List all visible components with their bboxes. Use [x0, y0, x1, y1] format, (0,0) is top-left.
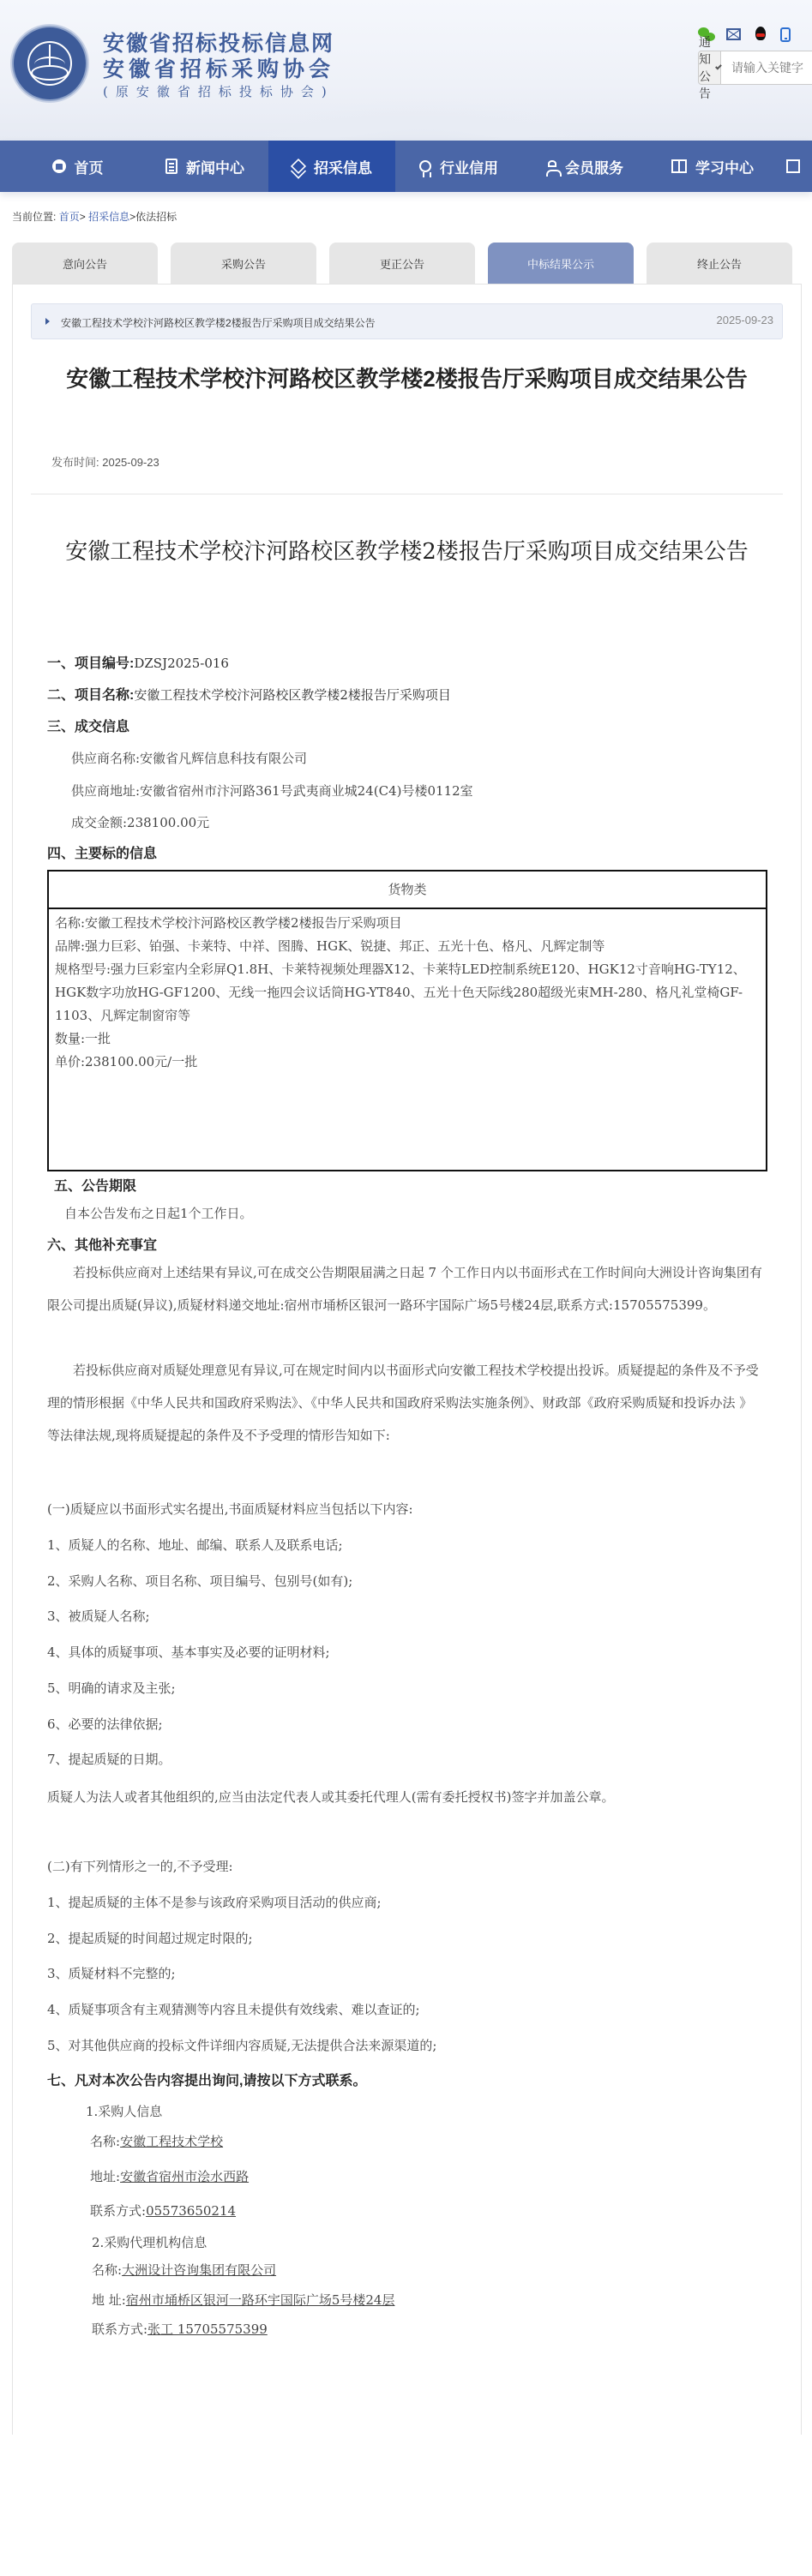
- agency-address-value: 宿州市埇桥区银河一路环宇国际广场5号楼24层: [126, 2292, 395, 2308]
- breadcrumb-home[interactable]: 首页: [59, 211, 80, 223]
- member-icon: [548, 160, 556, 167]
- nav-item-procurement-info[interactable]: 招采信息: [268, 141, 395, 192]
- news-icon: [165, 159, 177, 174]
- challenge-requirement-item: 4、具体的质疑事项、基本事实及必要的证明材料;: [47, 1636, 330, 1668]
- nav-item-member-service[interactable]: 会员服务: [522, 141, 649, 192]
- book-icon: [671, 159, 687, 173]
- challenge-requirement-item: 3、被质疑人名称;: [47, 1600, 150, 1632]
- search-box: 通知公告: [698, 51, 812, 85]
- main-nav: 首页 新闻中心 招采信息 行业信用 会员服务 学习中心: [0, 141, 812, 192]
- rejection-conditions-title: (二)有下列情形之一的,不予受理:: [47, 1850, 233, 1883]
- tab-procurement-notice[interactable]: 采购公告: [171, 243, 316, 284]
- agency-name-value: 大洲设计咨询集团有限公司: [122, 2262, 276, 2278]
- project-number: DZSJ2025-016: [134, 656, 229, 671]
- supplementary-paragraph-2: 若投标供应商对质疑处理意见有异议,可在规定时间内以书面形式向安徽工程技术学校提出…: [47, 1354, 763, 1452]
- site-name: 安徽省招标投标信息网 安徽省招标采购协会 (原安徽省招标投标协会): [103, 31, 334, 101]
- purchaser-name: 名称:安徽工程技术学校: [90, 2132, 223, 2150]
- purchaser-address-value: 安徽省宿州市浍水西路: [120, 2169, 249, 2184]
- list-item-title[interactable]: 安徽工程技术学校汴河路校区教学楼2楼报告厅采购项目成交结果公告: [61, 315, 376, 330]
- section-main-subject: 四、主要标的信息: [47, 842, 157, 862]
- agency-name: 名称:大洲设计咨询集团有限公司: [92, 2261, 276, 2279]
- purchaser-phone-value: 05573650214: [146, 2203, 236, 2219]
- nav-item-label: 学习中心: [695, 156, 754, 177]
- tab-award-result[interactable]: 中标结果公示: [488, 243, 634, 284]
- search-input[interactable]: [721, 51, 812, 85]
- goods-table: 货物类 名称:安徽工程技术学校汴河路校区教学楼2楼报告厅采购项目 品牌:强力巨彩…: [47, 870, 767, 1171]
- supplier-name: 供应商名称:安徽省凡辉信息科技有限公司: [71, 749, 307, 767]
- award-icon: [419, 160, 431, 172]
- agency-phone: 联系方式:张工 15705575399: [92, 2320, 268, 2338]
- challenge-requirement-item: 2、采购人名称、项目名称、项目编号、包别号(如有);: [47, 1565, 352, 1597]
- home-icon: [52, 159, 66, 173]
- goods-row-spec: 规格型号:强力巨彩室内全彩屏Q1.8H、卡莱特视频处理器X12、卡莱特LED控制…: [55, 958, 760, 1027]
- nav-item-label: 招采信息: [314, 156, 372, 177]
- qq-icon[interactable]: [752, 27, 769, 42]
- site-header: 安徽省招标投标信息网 安徽省招标采购协会 (原安徽省招标投标协会) 通知公告: [0, 0, 812, 141]
- section-project-number: 一、项目编号:DZSJ2025-016: [47, 652, 229, 672]
- rejection-condition-item: 3、质疑材料不完整的;: [47, 1957, 176, 1990]
- announcement-list-item[interactable]: 安徽工程技术学校汴河路校区教学楼2楼报告厅采购项目成交结果公告 2025-09-…: [31, 303, 783, 339]
- goods-row-name: 名称:安徽工程技术学校汴河路校区教学楼2楼报告厅采购项目: [55, 912, 760, 935]
- caret-right-icon: [45, 318, 50, 325]
- section-contact: 七、凡对本次公告内容提出询问,请按以下方式联系。: [47, 2070, 366, 2089]
- purchaser-name-label: 名称:: [90, 2134, 120, 2149]
- tab-intent-notice[interactable]: 意向公告: [12, 243, 158, 284]
- agency-name-label: 名称:: [92, 2262, 122, 2278]
- site-name-line3: (原安徽省招标投标协会): [103, 82, 334, 101]
- deal-amount: 成交金额:238100.00元: [71, 813, 209, 831]
- breadcrumb: 当前位置: 首页> 招采信息>依法招标: [12, 209, 177, 224]
- breadcrumb-procurement-info[interactable]: 招采信息: [88, 211, 129, 223]
- project-name: 安徽工程技术学校汴河路校区教学楼2楼报告厅采购项目: [134, 687, 451, 703]
- challenge-requirement-item: 6、必要的法律依据;: [47, 1708, 163, 1740]
- nav-item-news[interactable]: 新闻中心: [141, 141, 268, 192]
- nav-item-industry-credit[interactable]: 行业信用: [395, 141, 522, 192]
- purchaser-address: 地址:安徽省宿州市浍水西路: [90, 2167, 249, 2185]
- goods-row-quantity: 数量:一批: [55, 1027, 760, 1051]
- purchaser-phone: 联系方式:05573650214: [90, 2202, 236, 2220]
- nav-item-learning-center[interactable]: 学习中心: [649, 141, 776, 192]
- publish-time-label: 发布时间:: [51, 456, 99, 469]
- logo-eye: [31, 65, 69, 81]
- article-container: 安徽工程技术学校汴河路校区教学楼2楼报告厅采购项目成交结果公告 2025-09-…: [12, 284, 802, 2435]
- publish-time-value: 2025-09-23: [102, 456, 159, 469]
- agency-address-label: 地 址:: [92, 2292, 126, 2308]
- layers-icon: [291, 159, 306, 174]
- challenge-requirement-item: 5、明确的请求及主张;: [47, 1672, 176, 1704]
- challenge-signature-note: 质疑人为法人或者其他组织的,应当由法定代表人或其委托代理人(需有委托授权书)签字…: [47, 1779, 763, 1815]
- page-title: 安徽工程技术学校汴河路校区教学楼2楼报告厅采购项目成交结果公告: [31, 362, 783, 396]
- nav-item-label: 新闻中心: [186, 156, 244, 177]
- breadcrumb-current: 依法招标: [135, 211, 177, 223]
- purchaser-name-value: 安徽工程技术学校: [120, 2134, 223, 2149]
- section-supplementary: 六、其他补充事宜: [47, 1234, 157, 1254]
- header-background-mountain: [197, 99, 643, 141]
- site-name-line2: 安徽省招标采购协会: [103, 57, 334, 82]
- goods-row-unit-price: 单价:238100.00元/一批: [55, 1051, 760, 1074]
- section-label: 二、项目名称:: [47, 688, 134, 703]
- purchaser-address-label: 地址:: [90, 2169, 120, 2184]
- announcement-tabs: 意向公告 采购公告 更正公告 中标结果公示 终止公告: [12, 243, 792, 284]
- section-deal-info: 三、成交信息: [47, 716, 129, 735]
- nav-item-label: 首页: [75, 156, 104, 177]
- breadcrumb-prefix: 当前位置:: [12, 211, 56, 223]
- supplementary-paragraph-1: 若投标供应商对上述结果有异议,可在成交公告期限届满之日起 7 个工作日内以书面形…: [47, 1256, 763, 1321]
- agency-info-title: 2.采购代理机构信息: [92, 2233, 207, 2251]
- mail-icon[interactable]: [726, 28, 741, 40]
- calendar-icon: [786, 159, 800, 173]
- breadcrumb-separator: >: [80, 211, 86, 223]
- challenge-requirement-item: 1、质疑人的名称、地址、邮编、联系人及联系电话;: [47, 1529, 343, 1561]
- publish-time: 发布时间: 2025-09-23: [51, 453, 159, 470]
- document-title: 安徽工程技术学校汴河路校区教学楼2楼报告厅采购项目成交结果公告: [31, 533, 783, 571]
- tab-correction-notice[interactable]: 更正公告: [329, 243, 475, 284]
- agency-phone-label: 联系方式:: [92, 2321, 147, 2337]
- nav-item-more[interactable]: [776, 141, 812, 192]
- rejection-condition-item: 1、提起质疑的主体不是参与该政府采购项目活动的供应商;: [47, 1886, 382, 1919]
- site-name-line1: 安徽省招标投标信息网: [103, 31, 334, 57]
- goods-table-header: 货物类: [49, 872, 766, 909]
- rejection-condition-item: 2、提起质疑的时间超过规定时限的;: [47, 1922, 253, 1955]
- divider: [31, 494, 783, 494]
- search-category-select[interactable]: 通知公告: [698, 51, 721, 85]
- supplier-address: 供应商地址:安徽省宿州市汴河路361号武夷商业城24(C4)号楼0112室: [71, 782, 473, 800]
- nav-item-home[interactable]: 首页: [14, 141, 141, 192]
- section-project-name: 二、项目名称:安徽工程技术学校汴河路校区教学楼2楼报告厅采购项目: [47, 684, 451, 704]
- tab-termination-notice[interactable]: 终止公告: [647, 243, 792, 284]
- agency-address: 地 址:宿州市埇桥区银河一路环宇国际广场5号楼24层: [92, 2291, 394, 2309]
- rejection-condition-item: 4、质疑事项含有主观猜测等内容且未提供有效线索、难以查证的;: [47, 1993, 420, 2026]
- association-logo[interactable]: [12, 26, 87, 101]
- goods-row-brand: 品牌:强力巨彩、铂强、卡莱特、中祥、图腾、HGK、锐捷、邦正、五光十色、格凡、凡…: [55, 935, 760, 958]
- purchaser-info-title: 1.采购人信息: [86, 2102, 162, 2120]
- agency-phone-value: 张工 15705575399: [147, 2321, 268, 2337]
- phone-icon[interactable]: [780, 27, 791, 42]
- notice-period-text: 自本公告发布之日起1个工作日。: [64, 1204, 253, 1222]
- challenge-requirement-item: 7、提起质疑的日期。: [47, 1743, 171, 1776]
- section-notice-period: 五、公告期限: [54, 1175, 136, 1195]
- nav-item-label: 行业信用: [440, 156, 498, 177]
- purchaser-phone-label: 联系方式:: [90, 2203, 146, 2219]
- section-label: 一、项目编号:: [47, 656, 134, 671]
- challenge-requirements-title: (一)质疑应以书面形式实名提出,书面质疑材料应当包括以下内容:: [47, 1493, 413, 1525]
- search-category-label: 通知公告: [699, 33, 713, 102]
- goods-table-body: 名称:安徽工程技术学校汴河路校区教学楼2楼报告厅采购项目 品牌:强力巨彩、铂强、…: [49, 909, 766, 1076]
- nav-item-label: 会员服务: [565, 156, 623, 177]
- list-item-date: 2025-09-23: [717, 314, 774, 326]
- rejection-condition-item: 5、对其他供应商的投标文件详细内容质疑,无法提供合法来源渠道的;: [47, 2029, 436, 2062]
